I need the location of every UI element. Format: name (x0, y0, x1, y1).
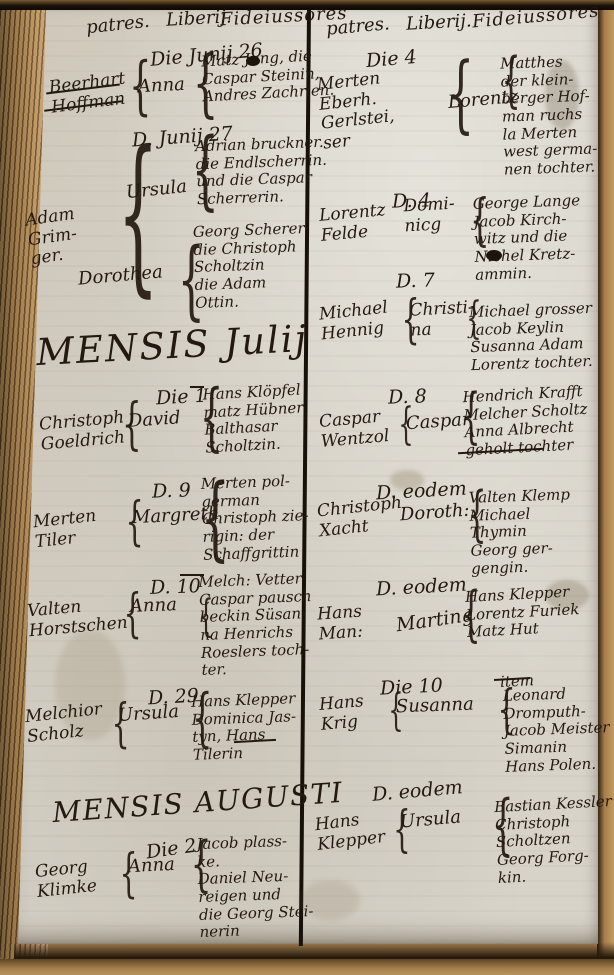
sponsors-list: Hans Klepper Dominica Jas- tyn, Hans Til… (191, 690, 298, 764)
father-name: Lorentz Felde (318, 201, 388, 246)
entry-date: Die 1 (155, 385, 207, 410)
ink-blot (246, 56, 260, 66)
father-name: Christoph Goeldrich (38, 408, 126, 454)
sponsors-list: Bastian Kessler Christoph Scholtzen Geor… (494, 793, 614, 887)
sponsors-list: Leonard Dromputh- Jacob Meister Simanin … (502, 684, 611, 776)
page-bottom-shadow (14, 942, 614, 960)
sponsors-list: Georg Scherer die Christoph Scholtzin di… (192, 220, 307, 312)
father-name: Merten Tiler (32, 507, 99, 553)
entry-date: D. 9 (152, 479, 191, 502)
sponsors-list: Merten pol- german Christoph zie- rigin:… (200, 472, 310, 564)
father-name: Michael Hennig (318, 299, 391, 345)
father-name: Caspar Wentzol (318, 407, 390, 452)
child-name: Domi- nicg (403, 195, 456, 237)
father-name: Merten Eberh. Gerlstei, ser (316, 68, 397, 153)
sponsors-list: Matz Jung, die Caspar Steinin, Andres Za… (201, 47, 335, 107)
child-name: Anna (130, 595, 178, 617)
overline-mark (190, 386, 204, 388)
sponsors-list: Adrian bruckner. die Endlscherrin. und d… (195, 134, 329, 209)
child-name: Christi- na (409, 298, 475, 340)
father-name: Hans Man: (317, 602, 364, 644)
entry-date: D. 7 (396, 269, 435, 292)
sponsors-list: George Lange Jacob Kirch- witz und die N… (472, 192, 582, 284)
child-name: David (127, 408, 181, 432)
child-name: Susanna (396, 695, 474, 718)
sponsors-list: Jacob plass- ke. Daniel Neu- reigen und … (196, 832, 314, 942)
child-name: Ursula (117, 702, 179, 727)
ink-blot (486, 250, 502, 261)
overline-mark (180, 574, 204, 576)
manuscript-photo: patres. Liberij. Fideiussores Die Junij … (0, 0, 614, 975)
father-name: Georg Klimke (34, 857, 98, 902)
father-name: Melchior Scholz (24, 700, 105, 747)
father-name: Hans Klepper (314, 808, 386, 855)
sponsors-list: Melch: Vetter Caspar pausch beckin Süsan… (198, 570, 314, 680)
sponsors-list: Valten Klemp Michael Thymin Georg ger- g… (468, 486, 572, 578)
sponsors-list: Michael grosser Jacob Keylin Susanna Ada… (469, 300, 594, 375)
child-name: Anna (127, 855, 175, 878)
sponsors-list: Hans Klöpfel matz Hübner Balthasar Schol… (202, 381, 305, 457)
entry-date: D. 8 (388, 385, 427, 408)
father-name: Hans Krig (318, 692, 366, 735)
right-header-liberi: Liberij. (405, 10, 472, 34)
child-name: Anna (137, 75, 185, 98)
book-bottom-edge (0, 959, 614, 975)
sponsors-list: Hans Klepper Lorentz Furiek Matz Hut (465, 583, 581, 642)
sponsors-list: Matthes der klein- berger Hof- man ruchs… (500, 52, 598, 179)
father-name: Adam Grim- ger. (24, 205, 81, 270)
